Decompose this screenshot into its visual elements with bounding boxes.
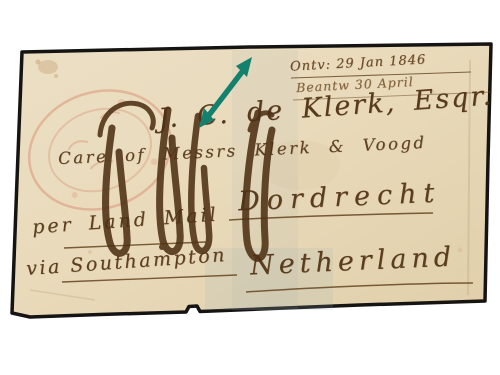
overlay-ink-art xyxy=(0,0,500,375)
teal-arrow-annotation xyxy=(199,57,252,128)
manuscript-rate-marking xyxy=(100,103,272,258)
cover-photo: Ontv: 29 Jan 1846 Beantw 30 April J. C. … xyxy=(0,0,500,375)
